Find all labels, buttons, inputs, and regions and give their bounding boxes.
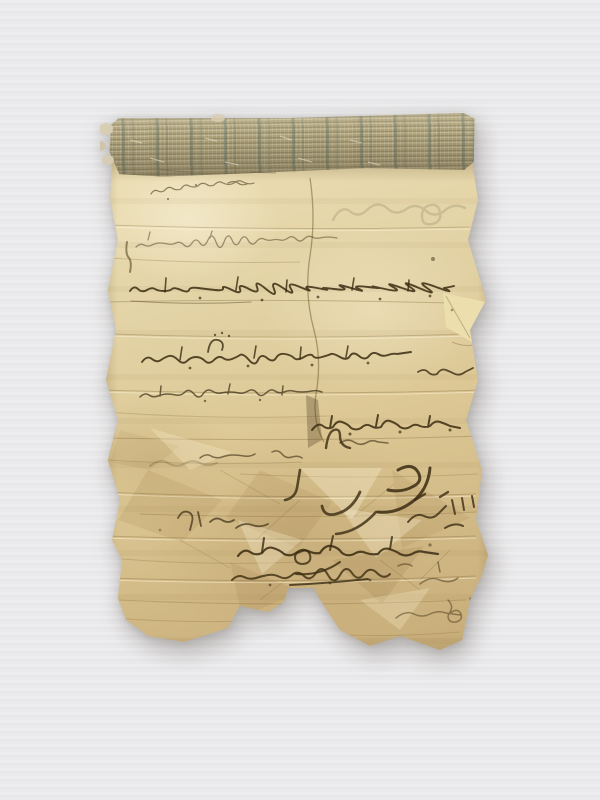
path-decoration: [320, 632, 460, 636]
circle-decoration: [259, 399, 261, 401]
script-ghost: [333, 204, 465, 224]
circle-decoration: [431, 257, 435, 261]
circle-decoration: [399, 431, 402, 434]
manuscript-document: [100, 112, 490, 664]
circle-decoration: [214, 334, 216, 336]
circle-decoration: [247, 365, 250, 368]
path-decoration: [130, 136, 380, 165]
script-lines: [126, 181, 474, 622]
circle-decoration: [159, 529, 162, 532]
path-decoration: [112, 336, 468, 339]
script-line: [312, 415, 460, 430]
ellipse-decoration: [100, 141, 106, 151]
manuscript-detail-overlay: [100, 112, 490, 664]
path-decoration: [108, 225, 470, 229]
crumple-facets: [110, 428, 470, 630]
circle-decoration: [228, 335, 230, 337]
script-line: [142, 352, 411, 364]
ink-drip: [126, 242, 130, 272]
circle-decoration: [189, 367, 192, 370]
center-crack: [306, 178, 324, 448]
photo-of-manuscript: Antique crumpled manuscript fragment wit…: [0, 0, 600, 800]
circle-decoration: [311, 364, 314, 367]
polygon-decoration: [306, 395, 322, 448]
circle-decoration: [349, 433, 352, 436]
path-decoration: [106, 412, 330, 417]
circle-decoration: [199, 297, 202, 300]
circle-decoration: [261, 299, 264, 302]
circle-decoration: [428, 543, 431, 546]
circle-decoration: [167, 198, 169, 200]
ellipse-decoration: [102, 155, 114, 165]
script-line: [151, 181, 254, 194]
circle-decoration: [221, 332, 223, 334]
circle-decoration: [367, 362, 370, 365]
circle-decoration: [329, 582, 332, 585]
circle-decoration: [429, 295, 432, 298]
script-line: [418, 368, 473, 375]
path-decoration: [112, 334, 468, 337]
path-decoration: [160, 170, 276, 173]
fabric-fray-and-stitches: [100, 114, 380, 173]
g-decoration: [104, 178, 486, 636]
circle-decoration: [204, 400, 206, 402]
circle-decoration: [379, 298, 382, 301]
script-line: [340, 440, 388, 444]
circle-decoration: [369, 579, 372, 582]
script-line: [130, 283, 454, 294]
script-line: [136, 231, 337, 248]
polygon-decoration: [118, 470, 222, 542]
script-loop: [208, 340, 223, 352]
ellipse-decoration: [211, 114, 225, 122]
ellipse-decoration: [100, 123, 113, 135]
circle-decoration: [449, 429, 452, 432]
script-tall-strokes: [180, 346, 348, 360]
torn-edge-flap: [443, 293, 486, 346]
circle-decoration: [317, 296, 320, 299]
circle-decoration: [269, 584, 272, 587]
circle-decoration: [451, 309, 454, 312]
path-decoration: [112, 618, 278, 622]
polygon-decoration: [360, 588, 430, 630]
circle-decoration: [195, 184, 197, 186]
path-decoration: [110, 258, 300, 263]
